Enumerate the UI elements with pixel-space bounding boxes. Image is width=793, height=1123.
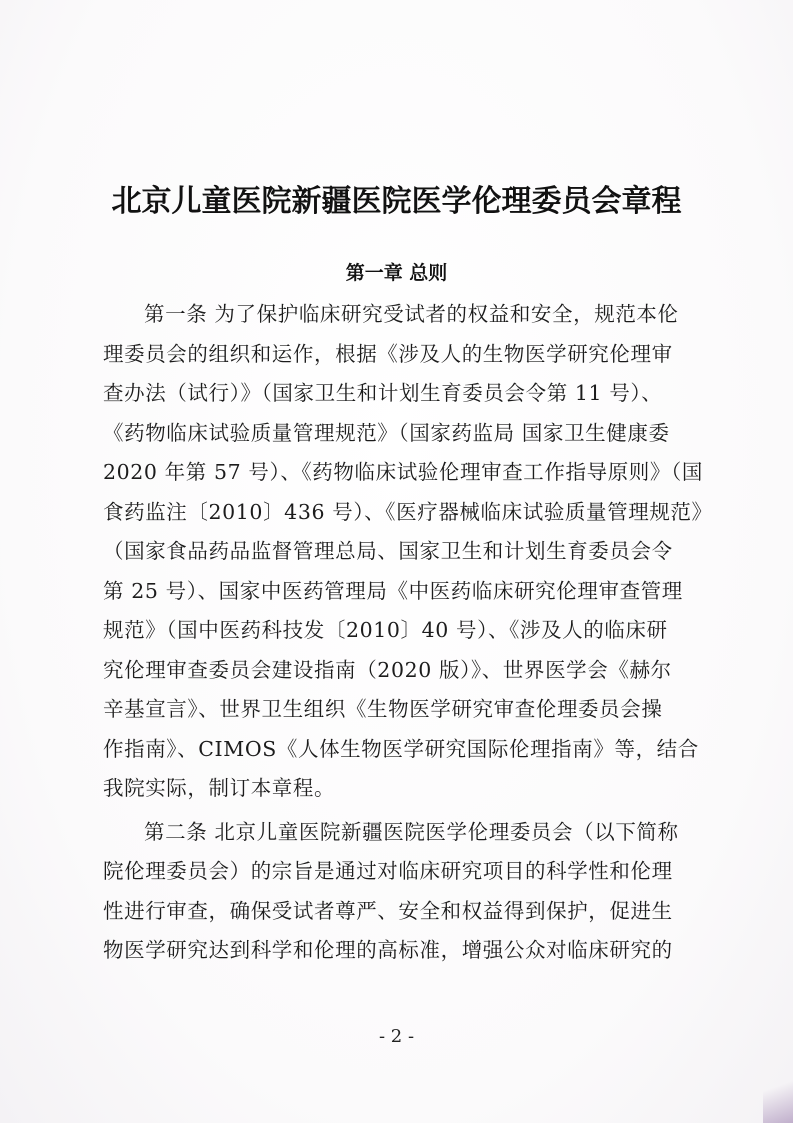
article-1-line: （国家食品药品监督管理总局、国家卫生和计划生育委员会令 — [103, 532, 703, 572]
article-1-line: 究伦理审查委员会建设指南（2020 版）》、世界医学会《赫尔 — [103, 651, 703, 691]
chapter-heading: 第一章 总则 — [0, 258, 793, 285]
article-2-line: 院伦理委员会）的宗旨是通过对临床研究项目的科学性和伦理 — [103, 852, 703, 892]
article-1-line: 食药监注〔2010〕436 号）、《医疗器械临床试验质量管理规范》 — [103, 493, 703, 533]
article-1-line: 查办法（试行）》（国家卫生和计划生育委员会令第 11 号）、 — [103, 374, 703, 414]
page-number: - 2 - — [0, 1026, 793, 1047]
article-1-line: 作指南》、CIMOS《人体生物医学研究国际伦理指南》等，结合 — [103, 730, 703, 770]
article-1: 第一条 为了保护临床研究受试者的权益和安全，规范本伦 理委员会的组织和运作，根据… — [103, 295, 703, 809]
article-1-line: 第一条 为了保护临床研究受试者的权益和安全，规范本伦 — [103, 295, 703, 335]
article-2-line: 物医学研究达到科学和伦理的高标准，增强公众对临床研究的 — [103, 931, 703, 971]
scan-shadow — [763, 1063, 793, 1123]
document-body: 第一条 为了保护临床研究受试者的权益和安全，规范本伦 理委员会的组织和运作，根据… — [103, 295, 703, 971]
document-page: 北京儿童医院新疆医院医学伦理委员会章程 第一章 总则 第一条 为了保护临床研究受… — [0, 0, 793, 1123]
article-2-line: 第二条 北京儿童医院新疆医院医学伦理委员会（以下简称 — [103, 813, 703, 853]
article-1-line: 我院实际，制订本章程。 — [103, 769, 703, 809]
article-2-line: 性进行审查，确保受试者尊严、安全和权益得到保护，促进生 — [103, 892, 703, 932]
article-1-line: 第 25 号）、国家中医药管理局《中医药临床研究伦理审查管理 — [103, 572, 703, 612]
article-2: 第二条 北京儿童医院新疆医院医学伦理委员会（以下简称 院伦理委员会）的宗旨是通过… — [103, 813, 703, 971]
document-title: 北京儿童医院新疆医院医学伦理委员会章程 — [0, 176, 793, 220]
article-1-line: 理委员会的组织和运作，根据《涉及人的生物医学研究伦理审 — [103, 335, 703, 375]
article-1-line: 规范》（国中医药科技发〔2010〕40 号）、《涉及人的临床研 — [103, 611, 703, 651]
article-1-line: 《药物临床试验质量管理规范》（国家药监局 国家卫生健康委 — [103, 414, 703, 454]
article-1-line: 辛基宣言》、世界卫生组织《生物医学研究审查伦理委员会操 — [103, 690, 703, 730]
article-1-line: 2020 年第 57 号）、《药物临床试验伦理审查工作指导原则》（国 — [103, 453, 703, 493]
